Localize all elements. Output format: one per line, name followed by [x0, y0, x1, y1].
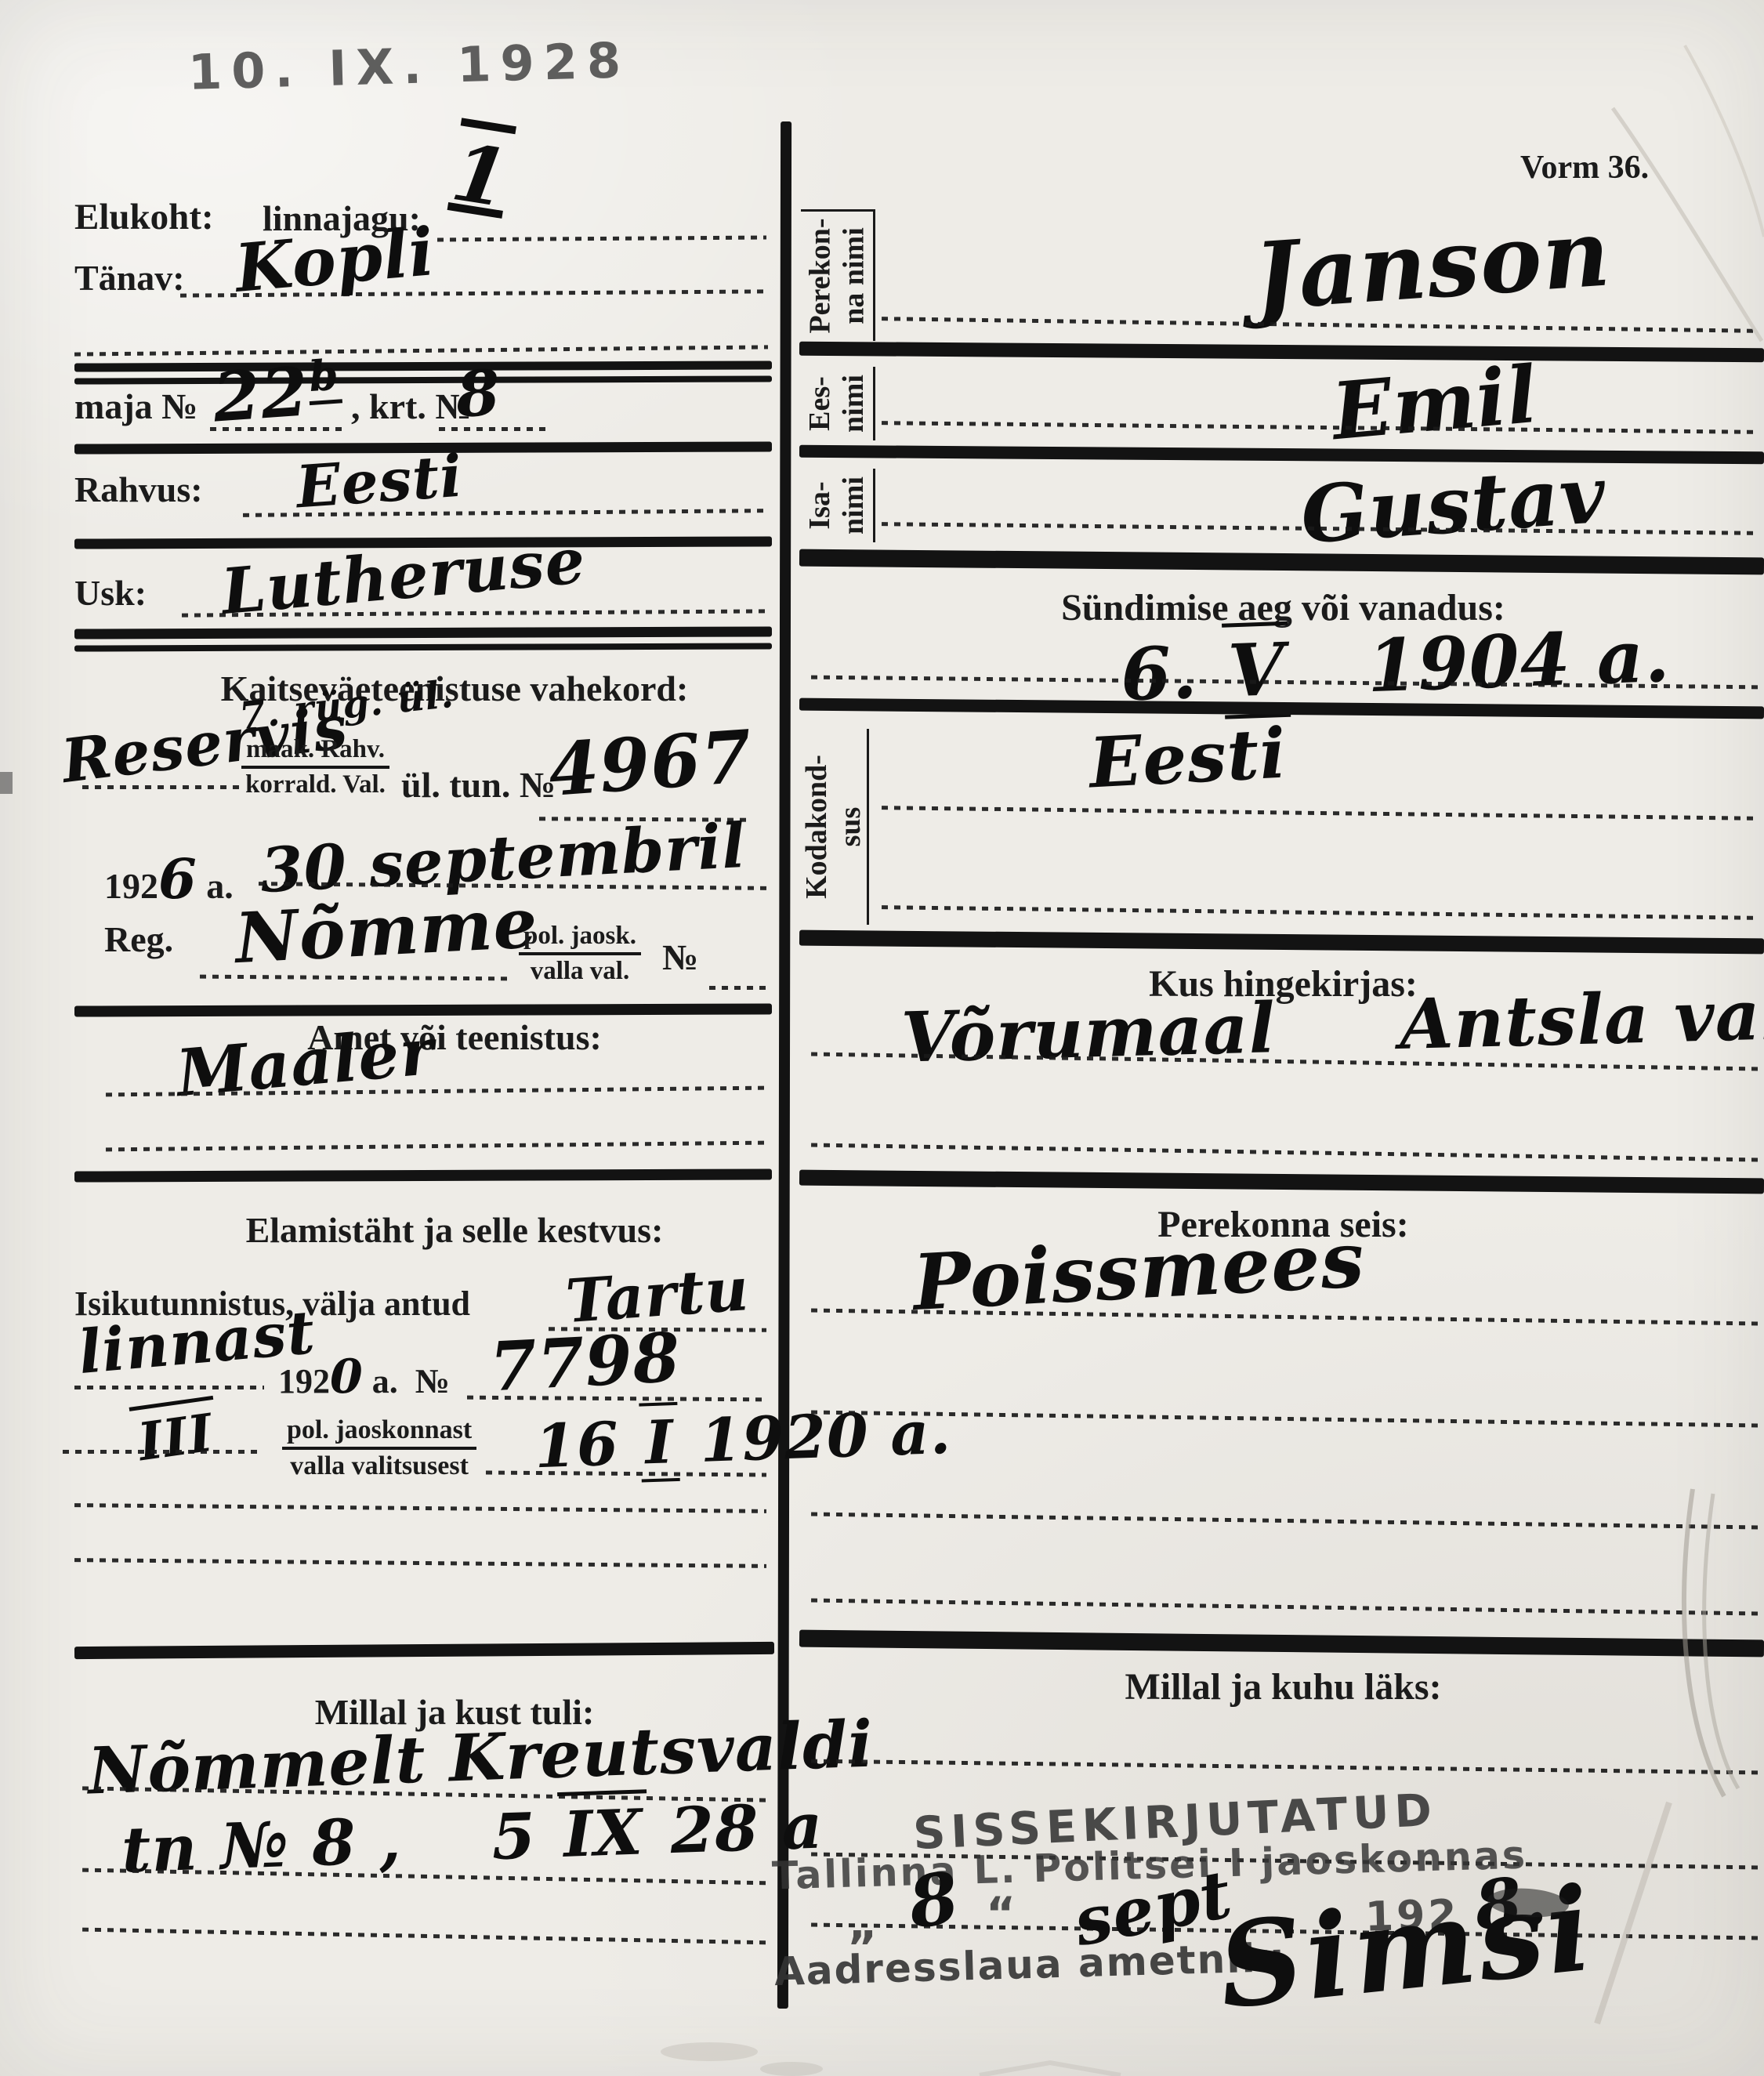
fraction-bottom: valla valitsusest	[282, 1450, 476, 1481]
firstname-value: Emil	[1328, 348, 1541, 458]
section-divider	[74, 1642, 774, 1659]
date-stamp: 10. IX. 1928	[187, 31, 631, 101]
dotted-line	[74, 1386, 264, 1389]
maja-label: maja №	[74, 386, 197, 427]
patronymic-label-line1: Isa-	[803, 481, 837, 529]
id-no-sign: №	[415, 1362, 450, 1400]
firstname-label-line2: nimi	[837, 375, 871, 433]
dotted-line	[811, 1513, 1759, 1530]
dotted-line	[74, 1558, 766, 1568]
dotted-line	[200, 975, 509, 981]
id-number: 7798	[488, 1318, 683, 1408]
surname-label-line1: Perekon-	[804, 218, 838, 333]
maja-value-sup: b	[306, 350, 342, 406]
stamp-open-quote: „	[848, 1897, 878, 1950]
surname-label-line2: na nimi	[838, 227, 871, 324]
dotted-line	[882, 806, 1759, 821]
surname-value: Janson	[1251, 197, 1614, 331]
certificate-label: ül. tun. №	[401, 764, 556, 806]
military-issuer-fraction: maak. Rahv. korrald. Val.	[241, 735, 389, 799]
usk-label: Usk:	[74, 572, 147, 614]
patronymic-label-line2: nimi	[837, 476, 871, 534]
reg-fraction: pol. jaosk. valla val.	[519, 922, 641, 986]
dotted-line	[82, 785, 239, 789]
citizenship-label-line1: Kodakond-	[800, 755, 834, 899]
scanned-form-vorm36: 10. IX. 1928 Vorm 36. Elukoht: linnajagu…	[0, 0, 1764, 2076]
dotted-line	[82, 1928, 770, 1945]
official-signature: Simsi	[1212, 1860, 1600, 2034]
id-date-roman: I	[639, 1402, 680, 1483]
section-divider	[799, 342, 1764, 363]
patronymic-label-box: Isa- nimi	[801, 469, 875, 542]
firstname-label-line1: Ees-	[803, 376, 837, 431]
section-divider	[74, 626, 772, 639]
id-fraction: pol. jaoskonnast valla valitsusest	[282, 1415, 476, 1481]
dotted-line	[811, 1411, 1759, 1428]
fraction-top: pol. jaoskonnast	[282, 1415, 476, 1450]
tuli-roman-month: IX	[557, 1789, 649, 1871]
dotted-line	[882, 421, 1759, 434]
fraction-top: maak. Rahv.	[241, 735, 389, 769]
stamp-close-quote: “	[986, 1887, 1016, 1940]
firstname-label-box: Ees- nimi	[801, 367, 875, 440]
section-divider	[799, 930, 1764, 955]
id-year-digit: 0	[330, 1350, 364, 1404]
krt-label: , krt. №	[351, 386, 472, 427]
dotted-line	[106, 1141, 766, 1152]
section-divider	[799, 1170, 1764, 1194]
section-divider	[74, 360, 772, 371]
dotted-line	[63, 1450, 263, 1454]
dotted-line	[811, 1599, 1759, 1616]
precinct-value: III	[129, 1396, 222, 1473]
fraction-top: pol. jaosk.	[519, 922, 641, 955]
dotted-line	[811, 1143, 1759, 1161]
id-date: 16 I 1920 a.	[534, 1397, 953, 1482]
rahvus-value: Eesti	[294, 443, 465, 522]
id-year: 1920 a. №	[278, 1350, 450, 1404]
krt-value: 8	[455, 356, 503, 432]
section-divider	[799, 549, 1764, 575]
fraction-bottom: valla val.	[519, 955, 641, 986]
tanav-label: Tänav:	[74, 257, 185, 299]
citizenship-value: Eesti	[1087, 712, 1288, 803]
citizenship-label-box: Kodakond- sus	[801, 729, 869, 925]
section-divider	[799, 445, 1764, 465]
maja-value: 22b	[211, 350, 345, 437]
elukoht-label: Elukoht:	[74, 196, 214, 238]
linnajagu-value: 1	[446, 125, 515, 226]
citizenship-label-line2: sus	[834, 807, 868, 847]
military-year-digit: 6	[158, 846, 197, 911]
dotted-line	[709, 986, 768, 990]
dotted-line	[439, 427, 549, 431]
surname-label-box: Perekon- na nimi	[801, 209, 875, 341]
section-divider	[74, 643, 772, 651]
patronymic-value: Gustav	[1298, 448, 1609, 562]
reg-label: Reg.	[104, 918, 173, 960]
dotted-line	[882, 905, 1759, 920]
dotted-line	[74, 1503, 766, 1513]
dotted-line	[74, 345, 768, 356]
dotted-line	[437, 236, 766, 242]
military-year: 1926 a.	[104, 846, 234, 911]
departure-heading: Millal ja kuhu läks:	[807, 1665, 1759, 1708]
rahvus-label: Rahvus:	[74, 469, 203, 510]
section-divider	[74, 375, 772, 384]
form-number: Vorm 36.	[1520, 149, 1649, 187]
dotted-line	[811, 1759, 1759, 1775]
fraction-bottom: korrald. Val.	[241, 769, 389, 799]
section-divider	[74, 1168, 772, 1182]
elamistaht-heading: Elamistäht ja selle kestvus:	[118, 1209, 791, 1251]
dotted-line	[210, 427, 347, 431]
reg-value: Nõmme	[234, 882, 540, 979]
certificate-number: 4967	[546, 714, 755, 813]
section-divider	[799, 1630, 1764, 1658]
reg-no-sign: №	[662, 937, 698, 978]
